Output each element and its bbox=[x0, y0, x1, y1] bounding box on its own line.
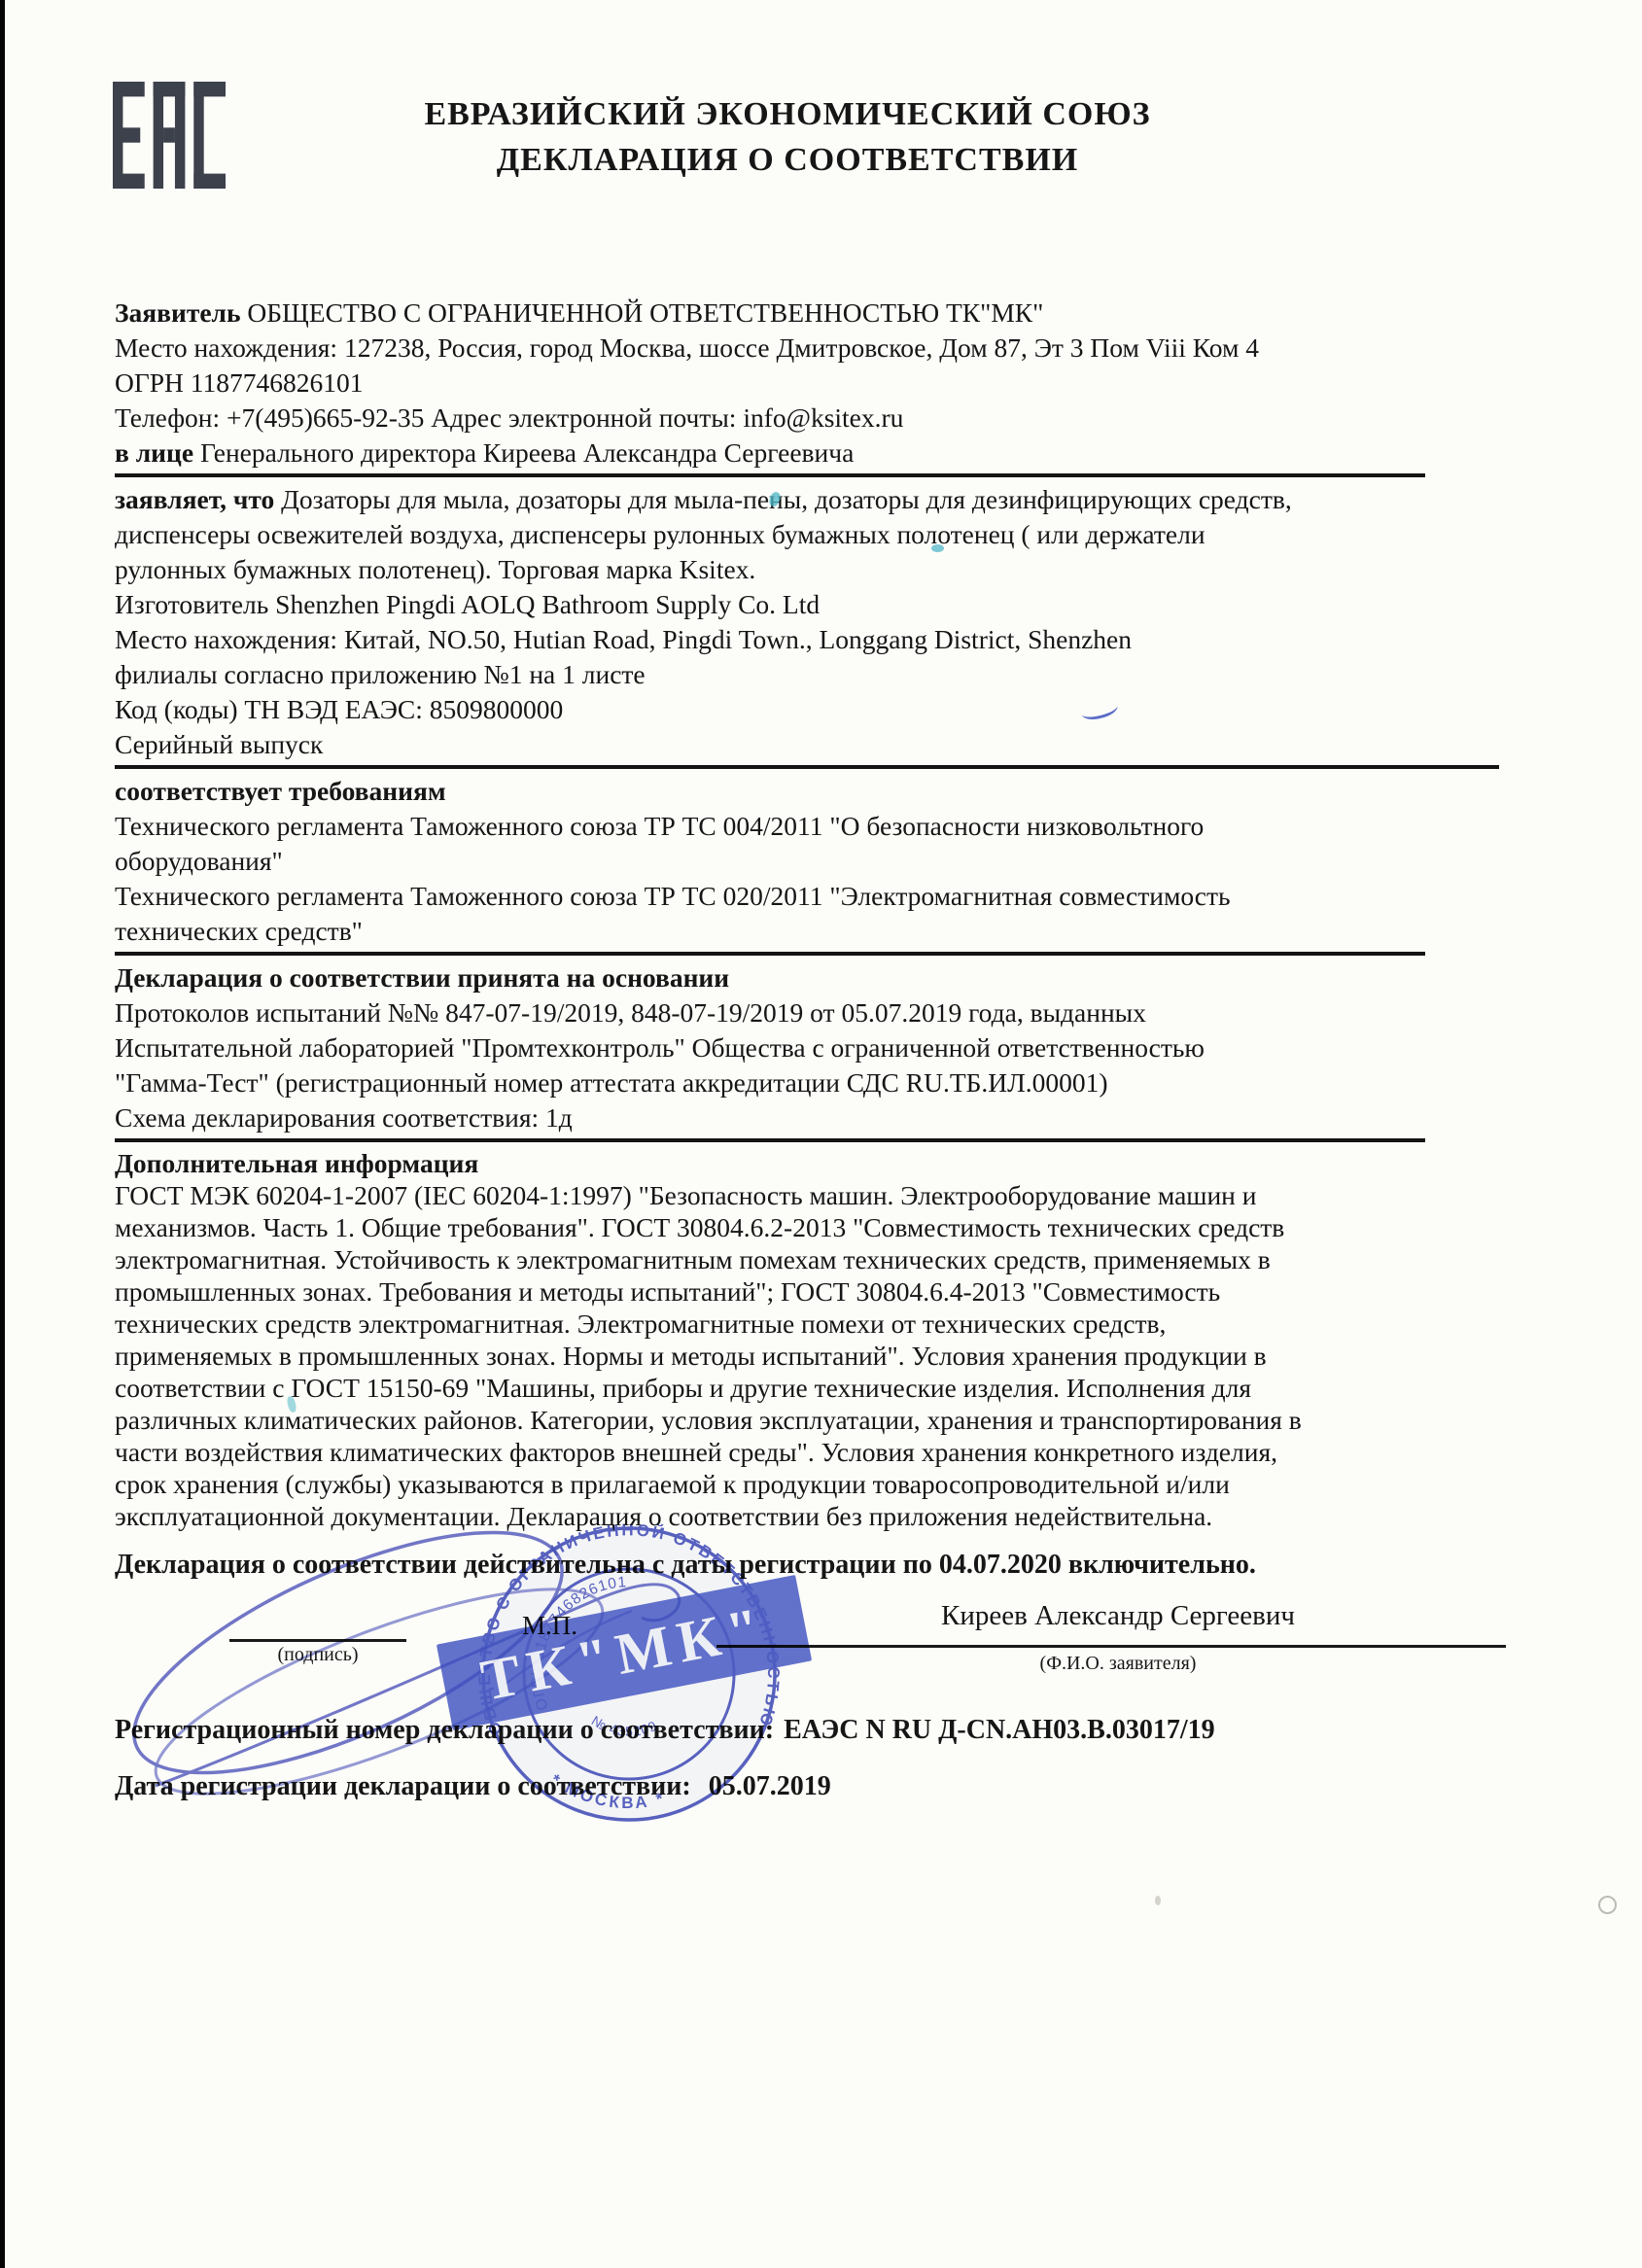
scan-edge-line bbox=[0, 0, 5, 2268]
document-line: Протоколов испытаний №№ 847-07-19/2019, … bbox=[115, 995, 1505, 1030]
registration-date-label: Дата регистрации декларации о соответств… bbox=[115, 1771, 691, 1801]
document-line: Серийный выпуск bbox=[115, 727, 1505, 762]
document-line: промышленных зонах. Требования и методы … bbox=[115, 1275, 1505, 1308]
section-divider bbox=[115, 765, 1499, 769]
document-line: заявляет, что Дозаторы для мыла, дозатор… bbox=[115, 482, 1505, 517]
document-line: Дополнительная информация bbox=[115, 1147, 1505, 1179]
document-line: Код (коды) ТН ВЭД ЕАЭС: 8509800000 bbox=[115, 692, 1505, 727]
document-line: технических средств электромагнитная. Эл… bbox=[115, 1308, 1505, 1340]
scan-artifact bbox=[931, 544, 944, 552]
basis-block: Декларация о соответствии принята на осн… bbox=[115, 960, 1505, 1135]
registration-number-line: Регистрационный номер декларации о соотв… bbox=[115, 1715, 1215, 1746]
product-block: заявляет, что Дозаторы для мыла, дозатор… bbox=[115, 482, 1505, 762]
document-line: диспенсеры освежителей воздуха, диспенсе… bbox=[115, 517, 1505, 552]
document-body: Заявитель ОБЩЕСТВО С ОГРАНИЧЕННОЙ ОТВЕТС… bbox=[115, 296, 1505, 1583]
registration-number-label: Регистрационный номер декларации о соотв… bbox=[115, 1715, 774, 1745]
stamp-banner-text: ТК"МК" bbox=[475, 1594, 772, 1713]
document-line: технических средств" bbox=[115, 914, 1505, 949]
document-line: применяемых в промышленных зонах. Нормы … bbox=[115, 1340, 1505, 1372]
applicant-name-label: (Ф.И.О. заявителя) bbox=[836, 1653, 1400, 1675]
scan-artifact bbox=[1598, 1896, 1617, 1914]
stamp-place-label: М.П. bbox=[522, 1611, 577, 1641]
text-blocks: Заявитель ОБЩЕСТВО С ОГРАНИЧЕННОЙ ОТВЕТС… bbox=[115, 296, 1505, 1532]
section-divider bbox=[115, 473, 1425, 477]
applicant-name-line bbox=[716, 1645, 1506, 1648]
document-line: Технического регламента Таможенного союз… bbox=[115, 809, 1505, 844]
document-line: соответствует требованиям bbox=[115, 774, 1505, 809]
stamp-ring-ogrn: ОГРН 1187746826101 bbox=[529, 1574, 628, 1712]
additional-info-block: Дополнительная информацияГОСТ МЭК 60204-… bbox=[115, 1147, 1505, 1532]
signature-line bbox=[229, 1639, 406, 1642]
document-line: "Гамма-Тест" (регистрационный номер атте… bbox=[115, 1065, 1505, 1100]
document-line: Испытательной лабораторией "Промтехконтр… bbox=[115, 1030, 1505, 1065]
document-header: ЕВРАЗИЙСКИЙ ЭКОНОМИЧЕСКИЙ СОЮЗ ДЕКЛАРАЦИ… bbox=[238, 91, 1337, 183]
title-declaration: ДЕКЛАРАЦИЯ О СООТВЕТСТВИИ bbox=[238, 137, 1337, 183]
document-line: различных климатических районов. Категор… bbox=[115, 1404, 1505, 1436]
document-line: срок хранения (службы) указываются в при… bbox=[115, 1468, 1505, 1500]
registration-date-line: Дата регистрации декларации о соответств… bbox=[115, 1771, 831, 1802]
document-line: части воздействия климатических факторов… bbox=[115, 1436, 1505, 1468]
document-line: ГОСТ МЭК 60204-1-2007 (IEC 60204-1:1997)… bbox=[115, 1179, 1505, 1211]
section-divider bbox=[115, 1138, 1425, 1142]
document-line: Изготовитель Shenzhen Pingdi AOLQ Bathro… bbox=[115, 587, 1505, 622]
document-line: в лице Генерального директора Киреева Ал… bbox=[115, 436, 1505, 471]
applicant-block: Заявитель ОБЩЕСТВО С ОГРАНИЧЕННОЙ ОТВЕТС… bbox=[115, 296, 1505, 471]
scan-artifact bbox=[1155, 1896, 1161, 1905]
svg-text:ОГРН 1187746826101: ОГРН 1187746826101 bbox=[529, 1574, 628, 1712]
registration-number-value: ЕАЭС N RU Д-CN.АН03.В.03017/19 bbox=[774, 1715, 1215, 1745]
document-line: соответствии с ГОСТ 15150-69 "Машины, пр… bbox=[115, 1372, 1505, 1404]
eac-logo-letters bbox=[113, 82, 226, 189]
document-line: Технического регламента Таможенного союз… bbox=[115, 879, 1505, 914]
declaration-document: ЕВРАЗИЙСКИЙ ЭКОНОМИЧЕСКИЙ СОЮЗ ДЕКЛАРАЦИ… bbox=[0, 0, 1642, 2268]
document-line: Телефон: +7(495)665-92-35 Адрес электрон… bbox=[115, 401, 1505, 436]
eac-logo bbox=[113, 82, 226, 189]
document-line: механизмов. Часть 1. Общие требования". … bbox=[115, 1211, 1505, 1243]
stamp-banner: ТК"МК" bbox=[437, 1575, 812, 1730]
signature-label: (подпись) bbox=[229, 1644, 406, 1666]
document-line: эксплуатационной документации. Деклараци… bbox=[115, 1500, 1505, 1532]
document-line: ОГРН 1187746826101 bbox=[115, 366, 1505, 401]
section-divider bbox=[115, 952, 1425, 956]
document-line: Схема декларирования соответствия: 1д bbox=[115, 1100, 1505, 1135]
document-line: Место нахождения: Китай, NO.50, Hutian R… bbox=[115, 622, 1505, 657]
registration-date-value: 05.07.2019 bbox=[691, 1771, 831, 1801]
document-line: Декларация о соответствии принята на осн… bbox=[115, 960, 1505, 995]
validity-statement: Декларация о соответствии действительна … bbox=[115, 1548, 1505, 1583]
applicant-name: Киреев Александр Сергеевич bbox=[836, 1600, 1400, 1632]
document-line: рулонных бумажных полотенец). Торговая м… bbox=[115, 552, 1505, 587]
title-union: ЕВРАЗИЙСКИЙ ЭКОНОМИЧЕСКИЙ СОЮЗ bbox=[238, 91, 1337, 137]
document-line: оборудования" bbox=[115, 844, 1505, 879]
document-line: филиалы согласно приложению №1 на 1 лист… bbox=[115, 657, 1505, 692]
document-line: электромагнитная. Устойчивость к электро… bbox=[115, 1243, 1505, 1275]
document-line: Заявитель ОБЩЕСТВО С ОГРАНИЧЕННОЙ ОТВЕТС… bbox=[115, 296, 1505, 331]
document-line: Место нахождения: 127238, Россия, город … bbox=[115, 331, 1505, 366]
requirements-block: соответствует требованиямТехнического ре… bbox=[115, 774, 1505, 949]
